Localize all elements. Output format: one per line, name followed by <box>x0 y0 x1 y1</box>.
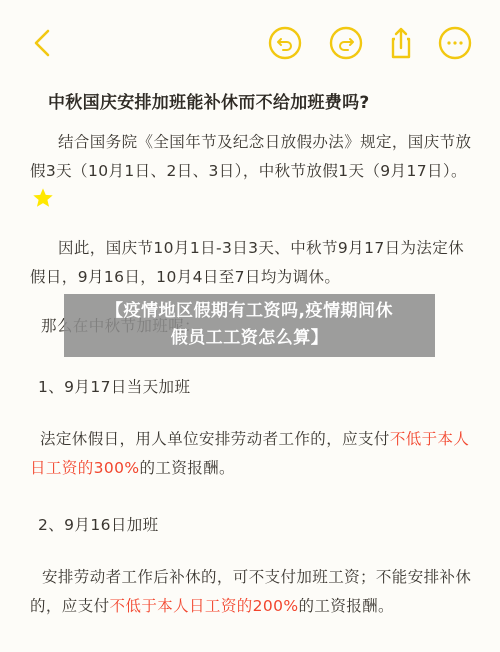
paragraph-holiday-rules: 结合国务院《全国年节及纪念日放假办法》规定，国庆节放假3天（10月1日、2日、3… <box>30 128 475 215</box>
back-button[interactable] <box>30 26 58 60</box>
overlay-line-1: 【疫情地区假期有工资吗,疫情期间休 <box>64 298 435 325</box>
more-icon <box>438 26 472 60</box>
paragraph-text: 因此，国庆节10月1日-3日3天、中秋节9月17日为法定休假日，9月16日，10… <box>30 239 464 286</box>
undo-icon <box>268 26 302 60</box>
overlay-line-2: 假员工工资怎么算】 <box>64 325 435 352</box>
paragraph-text: 结合国务院《全国年节及纪念日放假办法》规定，国庆节放假3天（10月1日、2日、3… <box>30 133 471 180</box>
chevron-left-icon <box>30 26 58 60</box>
paragraph-text: 法定休假日，用人单位安排劳动者工作的，应支付 <box>40 430 390 448</box>
highlight-text: 不低于本人日工资的200% <box>110 597 299 615</box>
paragraph-sep17-pay: 法定休假日，用人单位安排劳动者工作的，应支付不低于本人日工资的300%的工资报酬… <box>30 425 475 483</box>
article-title: 中秋国庆安排加班能补休而不给加班费吗? <box>48 88 370 113</box>
redo-button[interactable] <box>329 26 363 60</box>
section-heading-sep16: 2、9月16日加班 <box>38 513 159 535</box>
section-heading-sep17: 1、9月17日当天加班 <box>38 375 190 397</box>
paragraph-text: 的工资报酬。 <box>140 459 235 477</box>
more-button[interactable] <box>438 26 472 60</box>
paragraph-text: 的工资报酬。 <box>299 597 394 615</box>
article-page: 中秋国庆安排加班能补休而不给加班费吗? 结合国务院《全国年节及纪念日放假办法》规… <box>0 0 500 652</box>
star-icon <box>32 187 54 209</box>
share-icon <box>384 26 418 60</box>
paragraph-sep16-pay: 安排劳动者工作后补休的，可不支付加班工资；不能安排补休的，应支付不低于本人日工资… <box>30 563 475 621</box>
redo-icon <box>329 26 363 60</box>
paragraph-legal-holidays: 因此，国庆节10月1日-3日3天、中秋节9月17日为法定休假日，9月16日，10… <box>30 234 475 292</box>
top-nav-bar <box>0 0 500 86</box>
undo-button[interactable] <box>268 26 302 60</box>
headline-overlay-banner[interactable]: 【疫情地区假期有工资吗,疫情期间休 假员工工资怎么算】 <box>64 294 435 357</box>
share-button[interactable] <box>384 26 418 60</box>
